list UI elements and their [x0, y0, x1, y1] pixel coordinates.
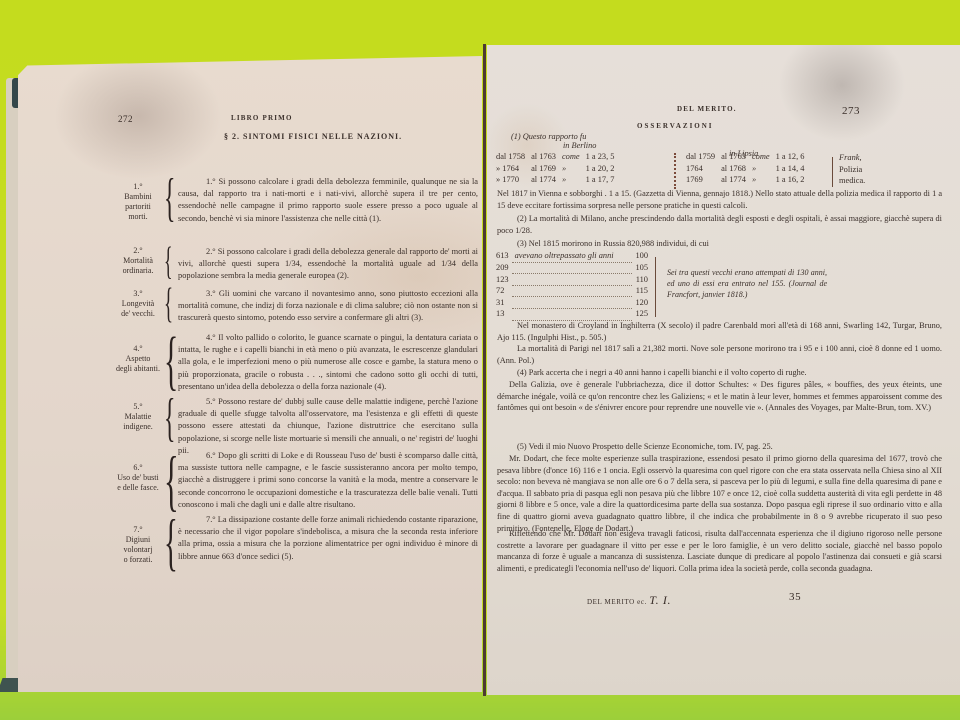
note-1-source: Frank, Polizia medica.	[839, 152, 865, 187]
entry-text: 2.° Si possono calcolare i gradi della d…	[178, 246, 478, 283]
section-title: § 2. SINTOMI FISICI NELLE NAZIONI.	[224, 132, 402, 141]
page-number: 273	[842, 105, 860, 117]
table-row: » 1764al 1769»1 a 20, 2	[493, 163, 617, 175]
table-row: 209105	[493, 262, 651, 274]
lipsia-table: dal 1759al 1763come1 a 12, 61764al 1768»…	[683, 151, 807, 186]
page-number: 272	[118, 114, 133, 124]
running-head: DEL MERITO.	[677, 105, 737, 113]
note-2: (2) La mortalità di Milano, anche presci…	[497, 213, 942, 236]
note-4-para-2: Della Galizia, ove è generale l'ubbriach…	[497, 379, 942, 414]
berlin-table: dal 1758al 1763come1 a 23, 5» 1764al 176…	[493, 151, 617, 186]
signature-mark: DEL MERITO ec. T. I.	[587, 593, 671, 608]
table-row: dal 1758al 1763come1 a 23, 5	[493, 151, 617, 163]
note-3-side: Sei tra questi vecchi erano attempati di…	[667, 267, 827, 300]
russia-age-table: 613avevano oltrepassato gli anni10020910…	[493, 250, 651, 321]
note-3-para-2: La mortalità di Parigi nel 1817 salì a 2…	[497, 343, 942, 366]
note-3-para-1: Nel monastero di Croyland in Inghilterra…	[497, 320, 942, 343]
table-row: 31120	[493, 297, 651, 309]
entry-text: 5.° Possono restare de' dubbj sulle caus…	[178, 396, 478, 457]
brace-icon: {	[164, 446, 179, 514]
note-5-para-1: (5) Vedi il mio Nuovo Prospetto delle Sc…	[497, 441, 942, 453]
table-divider	[674, 153, 676, 189]
russia-brace	[655, 257, 656, 317]
note-5-para-2: Mr. Dodart, che fece molte esperienze su…	[497, 453, 942, 534]
table-row: dal 1759al 1763come1 a 12, 6	[683, 151, 807, 163]
running-head: LIBRO PRIMO	[231, 114, 293, 122]
entry-text: 1.° Si possono calcolare i gradi della d…	[178, 176, 478, 225]
left-page: 272 LIBRO PRIMO § 2. SINTOMI FISICI NELL…	[18, 56, 482, 692]
brace-icon: {	[164, 172, 175, 225]
entry-text: 6.° Dopo gli scritti di Loke e di Rousse…	[178, 450, 478, 511]
right-page: DEL MERITO. 273 OSSERVAZIONI (1) Questo …	[487, 45, 960, 695]
table-row: 1764al 1768»1 a 14, 4	[683, 163, 807, 175]
note-4-para-1: (4) Park accerta che i negri a 40 anni h…	[497, 367, 942, 379]
table-row: 72115	[493, 285, 651, 297]
notes-heading: OSSERVAZIONI	[637, 122, 714, 130]
table-row: 13125	[493, 308, 651, 320]
margin-note: 5.° Malattie indigene.	[110, 402, 166, 432]
brace-icon: {	[164, 284, 173, 326]
note-1-tail: Nel 1817 in Vienna e sobborghi . 1 a 15.…	[497, 188, 942, 211]
table-row: 123110	[493, 274, 651, 286]
brace-icon: {	[164, 328, 178, 394]
note-3-intro: (3) Nel 1815 morirono in Russia 820,988 …	[497, 238, 942, 250]
entry-text: 7.° La dissipazione costante delle forze…	[178, 514, 478, 563]
margin-note: 3.° Longevità de' vecchi.	[110, 289, 166, 319]
note-5-para-3: Riflettendo che Mr. Dodart non esigeva t…	[497, 528, 942, 574]
entry-text: 3.° Gli uomini che varcano il novantesim…	[178, 288, 478, 325]
brace-icon: {	[164, 510, 178, 574]
sheet-number: 35	[789, 591, 801, 603]
table-row: 1769al 1774»1 a 16, 2	[683, 174, 807, 186]
margin-note: 1.° Bambini partoriti morti.	[110, 182, 166, 222]
table-row: » 1770al 1774»1 a 17, 7	[493, 174, 617, 186]
book-gutter	[483, 44, 486, 696]
margin-note: 4.° Aspetto degli abitanti.	[110, 344, 166, 374]
margin-note: 7.° Digiuni volontarj o forzati.	[110, 525, 166, 565]
margin-note: 2.° Mortalità ordinaria.	[110, 246, 166, 276]
brace-icon: {	[164, 242, 173, 282]
source-brace	[832, 157, 833, 187]
table-row: 613avevano oltrepassato gli anni100	[493, 250, 651, 262]
margin-note: 6.° Uso de' busti e delle fasce.	[110, 463, 166, 493]
brace-icon: {	[164, 392, 175, 445]
entry-text: 4.° Il volto pallido o colorito, le guan…	[178, 332, 478, 393]
